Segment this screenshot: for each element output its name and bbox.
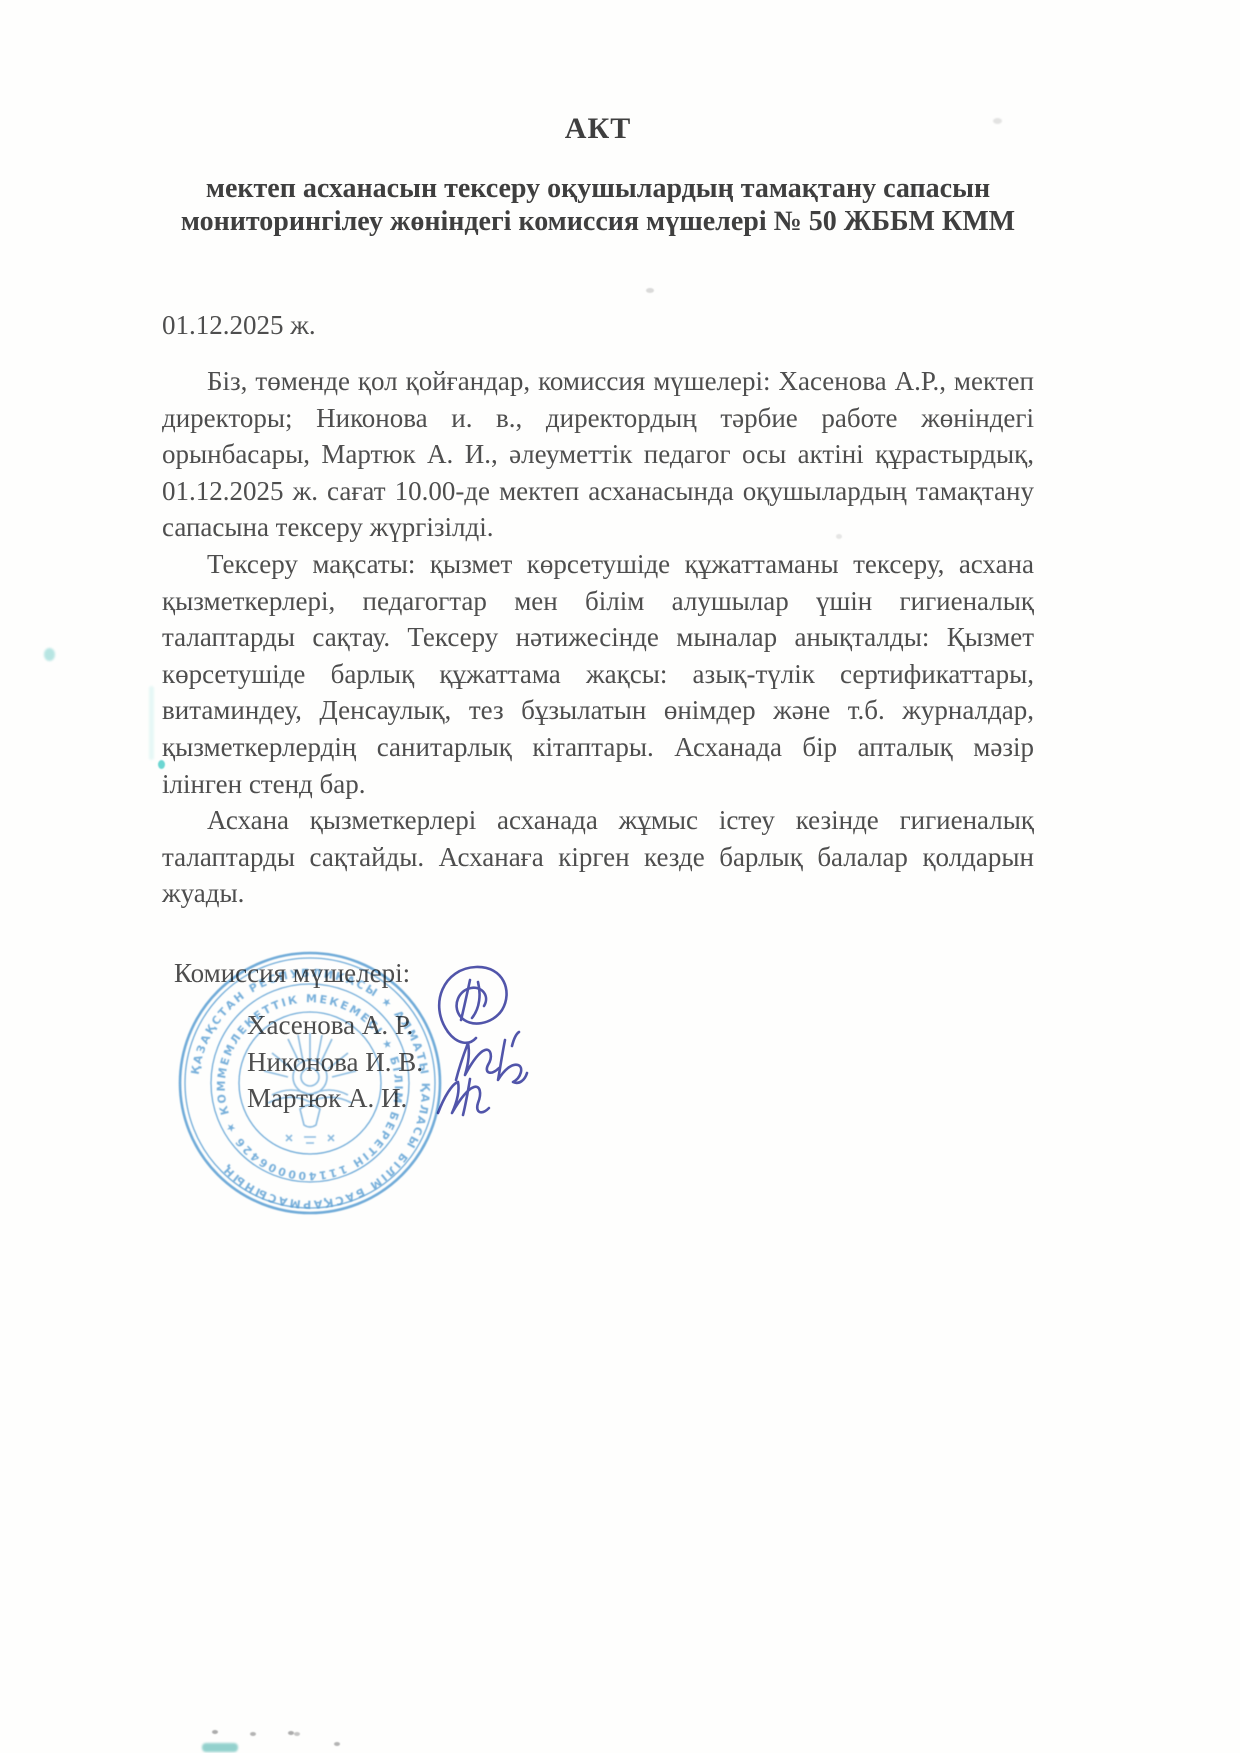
paragraph-1: Біз, төменде қол қойғандар, комиссия мүш… <box>162 363 1034 546</box>
scanned-document-page: АКТ мектеп асханасын тексеру оқушылардың… <box>0 0 1240 1753</box>
document-subtitle: мектеп асханасын тексеру оқушылардың там… <box>162 172 1034 238</box>
paragraph-3: Асхана қызметкерлері асханада жұмыс істе… <box>162 802 1034 912</box>
scan-artifact-teal-dash <box>44 648 55 661</box>
signature-martyuk-ink <box>438 1079 489 1115</box>
subtitle-line-2: мониторингілеу жөніндегі комиссия мүшеле… <box>162 205 1034 238</box>
scan-artifact-teal-smear <box>202 1743 238 1752</box>
document-body: Біз, төменде қол қойғандар, комиссия мүш… <box>162 363 1034 912</box>
paragraph-2: Тексеру мақсаты: қызмет көрсетушіде құжа… <box>162 546 1034 802</box>
document-date: 01.12.2025 ж. <box>162 310 316 341</box>
scan-artifact-speck <box>646 288 654 293</box>
scan-artifact-cyan-streak <box>149 686 154 760</box>
official-round-stamp: ҚАЗАҚСТАН РЕСПУБЛИКАСЫ ★ АЛМАТЫ ҚАЛАСЫ Б… <box>176 949 444 1217</box>
signature-nikonova-ink <box>456 1032 527 1083</box>
stamp-emblem <box>264 1033 356 1143</box>
document-title: АКТ <box>162 112 1034 146</box>
handwritten-signatures <box>408 952 558 1127</box>
scan-artifact-specks <box>212 1730 218 1734</box>
signature-khasenova-ink <box>439 967 506 1043</box>
subtitle-line-1: мектеп асханасын тексеру оқушылардың там… <box>162 172 1034 205</box>
